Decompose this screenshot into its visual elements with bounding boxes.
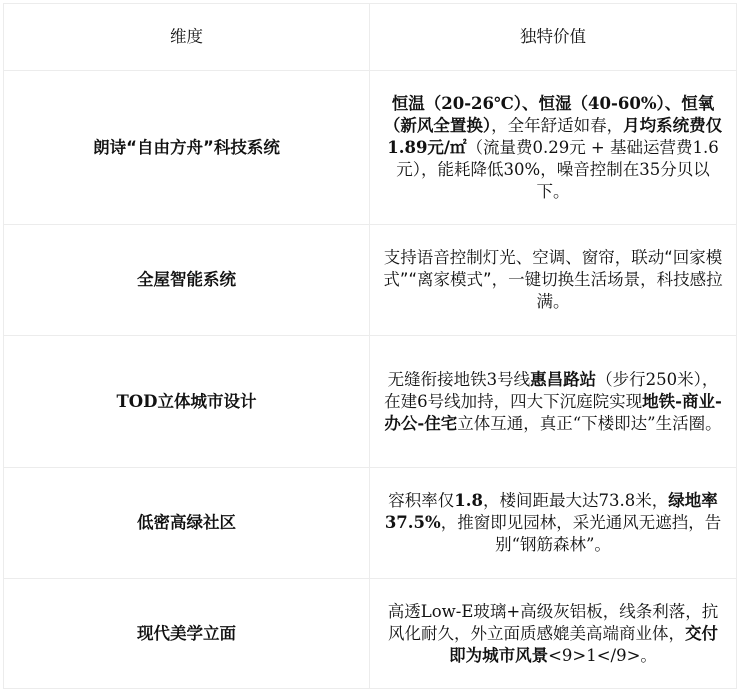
value-segment: 高透Low-E玻璃+高级灰铝板，线条利落，抗风化耐久，外立面质感媲美高端商业体， bbox=[388, 602, 718, 643]
dimension-cell: 全屋智能系统 bbox=[4, 225, 370, 336]
table-row: TOD立体城市设计 无缝衔接地铁3号线惠昌路站（步行250米），在建6号线加持，… bbox=[4, 336, 737, 468]
value-cell: 无缝衔接地铁3号线惠昌路站（步行250米），在建6号线加持，四大下沉庭院实现地铁… bbox=[370, 336, 737, 468]
value-table: 维度 独特价值 朗诗“自由方舟”科技系统 恒温（20-26℃）、恒湿（40-60… bbox=[3, 3, 737, 689]
value-segment: 立体互通，真正“下楼即达”生活圈。 bbox=[457, 414, 721, 433]
table-row: 全屋智能系统 支持语音控制灯光、空调、窗帘，联动“回家模式”“离家模式”，一键切… bbox=[4, 225, 737, 336]
value-segment: ，楼间距最大达73.8米， bbox=[483, 491, 668, 510]
dimension-cell: 朗诗“自由方舟”科技系统 bbox=[4, 71, 370, 225]
value-cell: 高透Low-E玻璃+高级灰铝板，线条利落，抗风化耐久，外立面质感媲美高端商业体，… bbox=[370, 579, 737, 689]
value-cell: 恒温（20-26℃）、恒湿（40-60%）、恒氧（新风全置换），全年舒适如春，月… bbox=[370, 71, 737, 225]
value-cell: 容积率仅1.8，楼间距最大达73.8米，绿地率37.5%，推窗即见园林，采光通风… bbox=[370, 468, 737, 579]
value-segment: 支持语音控制灯光、空调、窗帘，联动“回家模式”“离家模式”，一键切换生活场景，科… bbox=[383, 248, 722, 311]
value-segment: 惠昌路站 bbox=[530, 370, 596, 389]
dimension-cell: 现代美学立面 bbox=[4, 579, 370, 689]
value-segment: ，推窗即见园林，采光通风无遮挡，告别“钢筋森林”。 bbox=[441, 513, 722, 554]
header-unique-value: 独特价值 bbox=[370, 4, 737, 71]
dimension-cell: 低密高绿社区 bbox=[4, 468, 370, 579]
value-cell: 支持语音控制灯光、空调、窗帘，联动“回家模式”“离家模式”，一键切换生活场景，科… bbox=[370, 225, 737, 336]
table-header-row: 维度 独特价值 bbox=[4, 4, 737, 71]
value-segment: <9>1</9>。 bbox=[548, 646, 657, 665]
header-dimension: 维度 bbox=[4, 4, 370, 71]
table-row: 现代美学立面 高透Low-E玻璃+高级灰铝板，线条利落，抗风化耐久，外立面质感媲… bbox=[4, 579, 737, 689]
value-segment: 1.8 bbox=[454, 491, 483, 510]
table-row: 朗诗“自由方舟”科技系统 恒温（20-26℃）、恒湿（40-60%）、恒氧（新风… bbox=[4, 71, 737, 225]
value-segment: ，全年舒适如春， bbox=[491, 116, 623, 135]
value-segment: 无缝衔接地铁3号线 bbox=[388, 370, 531, 389]
dimension-cell: TOD立体城市设计 bbox=[4, 336, 370, 468]
table-row: 低密高绿社区 容积率仅1.8，楼间距最大达73.8米，绿地率37.5%，推窗即见… bbox=[4, 468, 737, 579]
value-segment: 容积率仅 bbox=[388, 491, 454, 510]
